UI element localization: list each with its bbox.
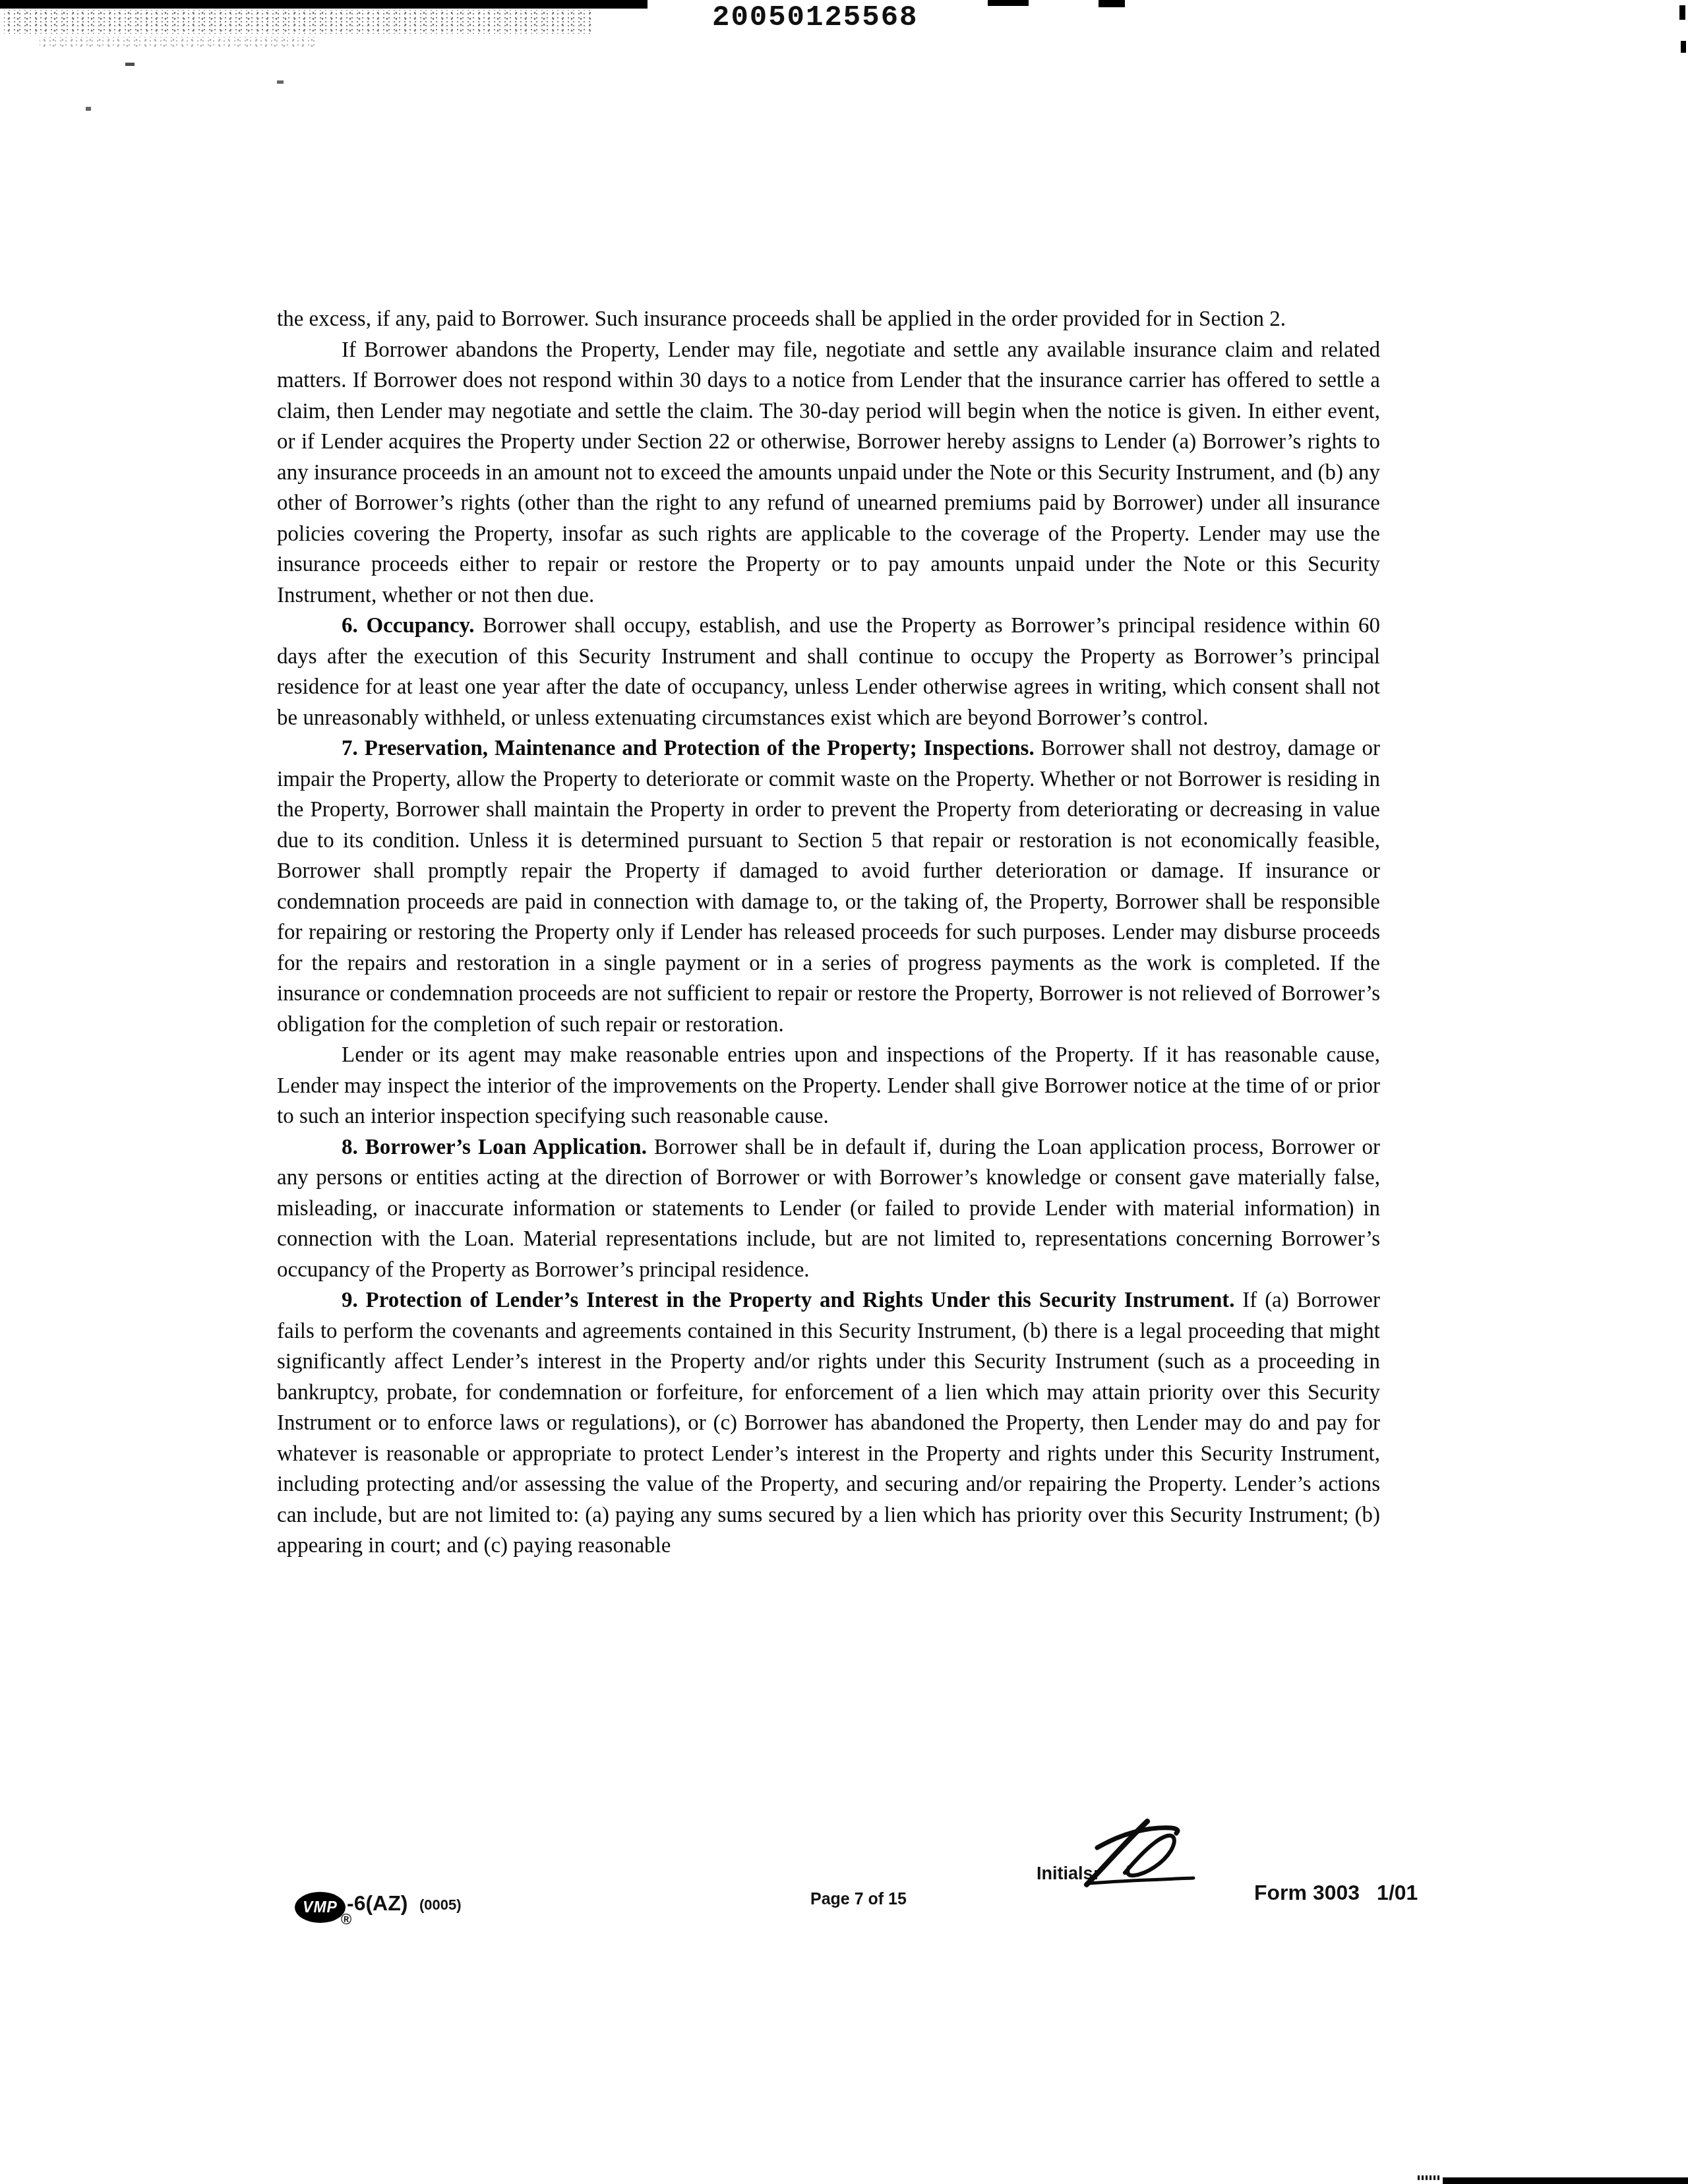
scanned-document-page: 20050125568 the excess, if any, paid to … bbox=[0, 0, 1688, 2184]
scan-artifact-bottom-bar bbox=[1443, 2177, 1688, 2184]
form-identifier: Form 3003 1/01 bbox=[1254, 1881, 1418, 1905]
vmp-logo-text: VMP bbox=[303, 1898, 338, 1916]
vmp-logo: VMP bbox=[295, 1892, 346, 1923]
paragraph-inspections: Lender or its agent may make reasonable … bbox=[277, 1040, 1380, 1132]
scan-artifact-bottom-ticks bbox=[1418, 2175, 1440, 2180]
form-name: Form 3003 bbox=[1254, 1881, 1360, 1905]
scan-artifact-top-bar bbox=[0, 0, 648, 9]
form-date: 1/01 bbox=[1377, 1881, 1418, 1905]
scan-artifact-right-edge-2 bbox=[1681, 41, 1686, 53]
paragraph-text: If (a) Borrower fails to perform the cov… bbox=[277, 1289, 1380, 1558]
paragraph-text: Borrower shall not destroy, damage or im… bbox=[277, 737, 1380, 1037]
initials-signature bbox=[1081, 1813, 1197, 1889]
section-heading: 6. Occupancy. bbox=[342, 614, 475, 638]
paragraph-text: If Borrower abandons the Property, Lende… bbox=[277, 338, 1380, 607]
scan-artifact-noise-band-2 bbox=[40, 37, 316, 47]
scan-artifact-speck bbox=[277, 80, 284, 84]
form-revision-label: (0005) bbox=[419, 1896, 462, 1914]
scan-artifact-top-mark-2 bbox=[1099, 0, 1125, 7]
scan-artifact-speck bbox=[86, 107, 91, 111]
scan-artifact-speck bbox=[125, 63, 135, 66]
section-heading: 9. Protection of Lender’s Interest in th… bbox=[342, 1289, 1235, 1312]
scan-artifact-top-mark-1 bbox=[988, 0, 1029, 6]
paragraph-insurance-settlement: If Borrower abandons the Property, Lende… bbox=[277, 335, 1380, 611]
recording-number: 20050125568 bbox=[712, 1, 918, 34]
scan-artifact-noise-band bbox=[4, 10, 591, 34]
form-number-label: -6(AZ) bbox=[347, 1891, 407, 1916]
paragraph-section-9-protection: 9. Protection of Lender’s Interest in th… bbox=[277, 1285, 1380, 1562]
paragraph-section-6-occupancy: 6. Occupancy. Borrower shall occupy, est… bbox=[277, 611, 1380, 733]
paragraph-text: Lender or its agent may make reasonable … bbox=[277, 1043, 1380, 1128]
paragraph-text: the excess, if any, paid to Borrower. Su… bbox=[277, 307, 1286, 331]
page-indicator: Page 7 of 15 bbox=[810, 1890, 907, 1909]
section-heading: 8. Borrower’s Loan Application. bbox=[342, 1136, 647, 1159]
document-body: the excess, if any, paid to Borrower. Su… bbox=[277, 304, 1380, 1562]
paragraph-section-8-loan-application: 8. Borrower’s Loan Application. Borrower… bbox=[277, 1132, 1380, 1286]
paragraph-section-7-preservation: 7. Preservation, Maintenance and Protect… bbox=[277, 733, 1380, 1040]
scan-artifact-right-edge-1 bbox=[1679, 5, 1685, 20]
section-heading: 7. Preservation, Maintenance and Protect… bbox=[342, 737, 1035, 760]
paragraph-continuation: the excess, if any, paid to Borrower. Su… bbox=[277, 304, 1380, 335]
